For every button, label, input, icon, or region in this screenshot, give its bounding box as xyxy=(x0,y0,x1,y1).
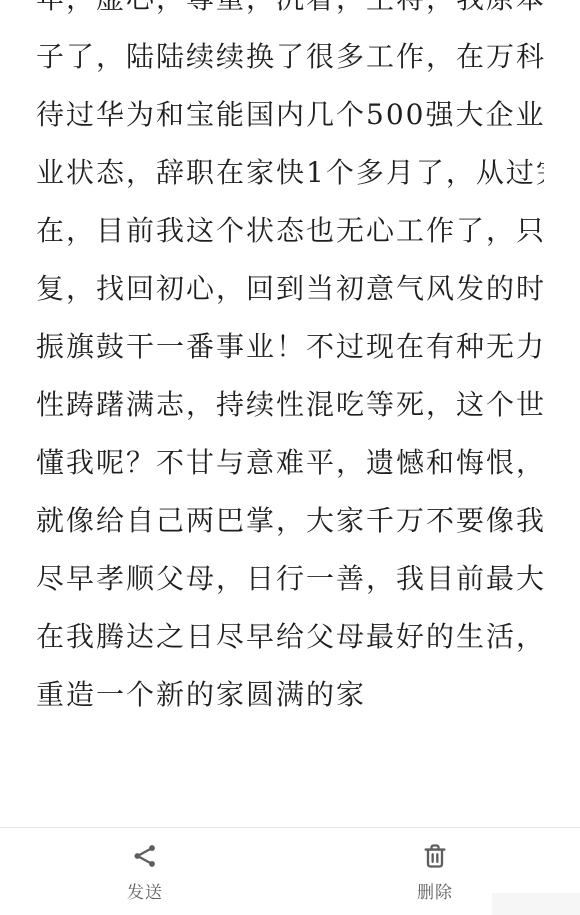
trash-icon xyxy=(421,842,449,870)
note-page: 年，虚心，尊重，沉着，主将，我原本做事的样 子了，陆陆续续换了很多工作，在万科之… xyxy=(0,0,580,915)
text-line: 就像给自己两巴掌，大家千万不要像我这样，要 xyxy=(36,492,544,550)
note-body: 年，虚心，尊重，沉着，主将，我原本做事的样 子了，陆陆续续换了很多工作，在万科之… xyxy=(0,0,580,724)
text-line: 子了，陆陆续续换了很多工作，在万科之前我还 xyxy=(36,28,544,86)
text-line: 懂我呢？不甘与意难平，遗憾和悔恨，回想起来 xyxy=(36,434,544,492)
send-button[interactable]: 发送 xyxy=(0,828,290,915)
text-line: 在，目前我这个状态也无心工作了，只想好好恢 xyxy=(36,202,544,260)
text-line: 性踌躇满志，持续性混吃等死，这个世界有谁能 xyxy=(36,376,544,434)
send-button-label: 发送 xyxy=(127,878,163,903)
text-line: 待过华为和宝能国内几个500强大企业，现在家待 xyxy=(36,86,544,144)
share-icon xyxy=(131,842,159,870)
text-line: 尽早孝顺父母，日行一善，我目前最大的心愿是 xyxy=(36,550,544,608)
delete-button-label: 删除 xyxy=(417,878,453,903)
text-line: 在我腾达之日尽早给父母最好的生活，创造一个 xyxy=(36,608,544,666)
corner-smudge xyxy=(492,893,580,915)
text-line: 重造一个新的家圆满的家 xyxy=(36,666,544,724)
text-line: 复，找回初心，回到当初意气风发的时候，再重 xyxy=(36,260,544,318)
text-line: 年，虚心，尊重，沉着，主将，我原本做事的样 xyxy=(36,0,544,28)
text-line: 振旗鼓干一番事业！不过现在有种无力感，间歇 xyxy=(36,318,544,376)
text-line: 业状态，辞职在家快1个多月了，从过完年到现 xyxy=(36,144,544,202)
